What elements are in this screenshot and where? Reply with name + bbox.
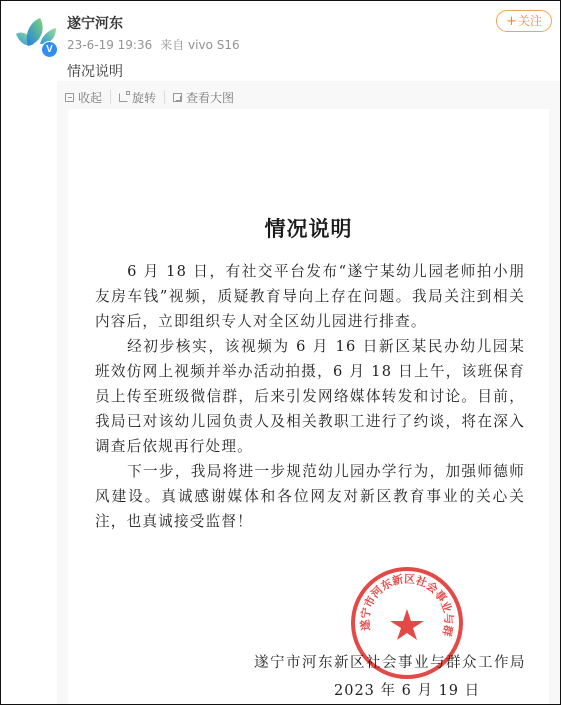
view-large-label: 查看大图: [186, 89, 234, 106]
collapse-button[interactable]: 收起: [65, 89, 110, 106]
collapse-label: 收起: [78, 89, 102, 106]
verified-badge-icon: V: [41, 41, 58, 58]
username[interactable]: 遂宁河东: [67, 13, 123, 33]
post-text: 情况说明: [67, 61, 123, 81]
document-image[interactable]: 情况说明 6 月 18 日，有社交平台发布“遂宁某幼儿园老师拍小朋友房车钱”视频…: [68, 109, 549, 705]
document-body: 6 月 18 日，有社交平台发布“遂宁某幼儿园老师拍小朋友房车钱”视频，质疑教育…: [95, 259, 525, 534]
document-paragraph: 经初步核实，该视频为 6 月 16 日新区某民办幼儿园某班效仿网上视频并举办活动…: [95, 334, 525, 459]
weibo-post-frame: V 遂宁河东 23-6-19 19:36来自 vivo S16 情况说明 +关注…: [0, 0, 561, 705]
document-date: 2023 年 6 月 19 日: [334, 679, 480, 700]
post-source: 来自 vivo S16: [160, 38, 239, 52]
media-card: 收起 旋转 查看大图 情况说明 6 月 18 日，有社交平台发布“遂宁某幼儿园老…: [57, 81, 560, 705]
collapse-icon: [65, 93, 74, 102]
rotate-button[interactable]: 旋转: [111, 89, 164, 106]
document-signer: 遂宁市河东新区社会事业与群众工作局: [254, 651, 526, 672]
follow-label: 关注: [518, 14, 542, 28]
view-large-button[interactable]: 查看大图: [165, 89, 242, 106]
document-paragraph: 下一步，我局将进一步规范幼儿园办学行为，加强师德师风建设。真诚感谢媒体和各位网友…: [95, 459, 525, 534]
image-toolbar: 收起 旋转 查看大图: [65, 87, 242, 107]
rotate-icon: [119, 93, 128, 102]
rotate-label: 旋转: [132, 89, 156, 106]
follow-button[interactable]: +关注: [496, 10, 552, 32]
plus-icon: +: [506, 14, 517, 29]
document-title: 情况说明: [68, 213, 549, 243]
view-large-icon: [173, 93, 182, 102]
document-paragraph: 6 月 18 日，有社交平台发布“遂宁某幼儿园老师拍小朋友房车钱”视频，质疑教育…: [95, 259, 525, 334]
post-meta: 23-6-19 19:36来自 vivo S16: [67, 36, 240, 53]
timestamp[interactable]: 23-6-19 19:36: [67, 38, 152, 52]
